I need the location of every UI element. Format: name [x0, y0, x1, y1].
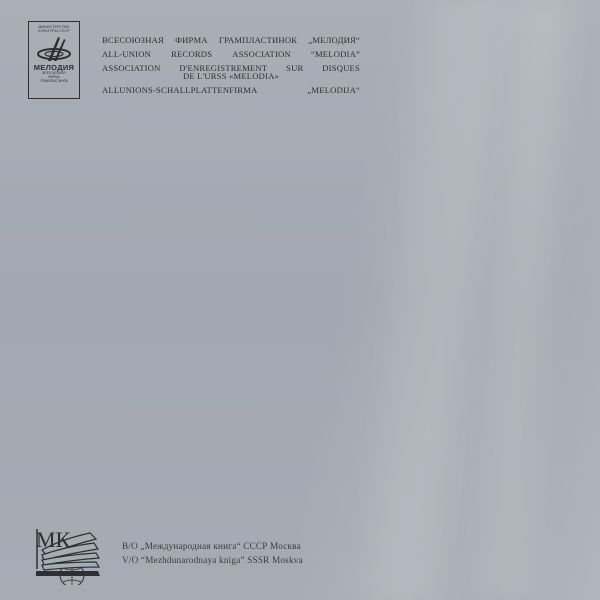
- brand-subtitle: ВСЕСОЮЗНАЯ ФИРМА ГРАМПЛАСТИНОК: [40, 72, 68, 83]
- distributor-ru: В/О „Международная книга“ СССР Москва: [122, 539, 303, 553]
- distributor-en: V/O “Mezhdunarodnaya kniga” SSSR Moskva: [122, 553, 303, 567]
- header-line-en: ALL-UNION RECORDS ASSOCIATION “MELODIA”: [102, 47, 360, 61]
- mezhdunarodnaya-kniga-logo-icon: МК: [32, 525, 104, 585]
- ministry-label: МИНИСТЕРСТВО КУЛЬТУРЫ СССР: [38, 25, 69, 33]
- header-line-ru: ВСЕСОЮЗНАЯ ФИРМА ГРАМПЛАСТИНОК „МЕЛОДИЯ“: [102, 33, 360, 47]
- header-line-de: ALLUNIONS-SCHALLPLATTENFIRMA „MELODIJA“: [102, 83, 360, 97]
- svg-text:МК: МК: [36, 527, 71, 552]
- melodiya-record-icon: [34, 34, 74, 64]
- distributor-credit: В/О „Международная книга“ СССР Москва V/…: [122, 539, 303, 567]
- melodiya-logo: МИНИСТЕРСТВО КУЛЬТУРЫ СССР МЕЛОДИЯ ВСЕСО…: [28, 21, 80, 99]
- light-streak: [479, 0, 571, 600]
- light-streak: [363, 0, 496, 600]
- label-header: ВСЕСОЮЗНАЯ ФИРМА ГРАМПЛАСТИНОК „МЕЛОДИЯ“…: [102, 33, 360, 97]
